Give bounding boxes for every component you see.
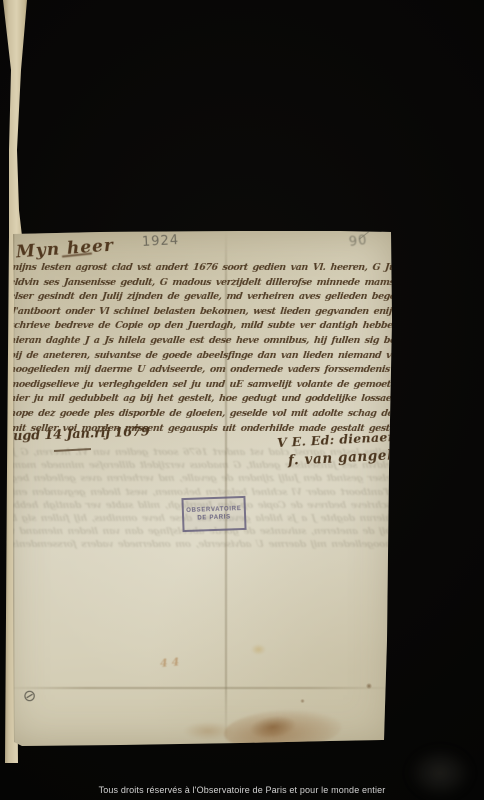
scan-viewer: Myn heer 1924 90 mijns lesten agrost cla… — [0, 0, 484, 800]
ghost-line: elser gesindt den Julij zijnden de geval… — [8, 473, 392, 487]
handwriting-line: hope dez goede ples disporble de gloeien… — [8, 408, 393, 423]
manuscript-page: Myn heer 1924 90 mijns lesten agrost cla… — [0, 226, 398, 750]
handwriting-line: schrieve bedreve de Copie op den Juerdag… — [8, 320, 393, 335]
faint-number-mark: 44 — [159, 655, 183, 670]
observatoire-stamp: OBSERVATOIRE DE PARIS — [181, 496, 246, 532]
handwriting-line: hoogelieden mij daerme U adviseerde, om … — [8, 364, 393, 379]
salutation-handwriting: Myn heer — [15, 236, 114, 263]
pencil-archival-number: 1924 — [142, 233, 180, 250]
handwriting-line: moedigselieve ju verleghgelden sel ju un… — [8, 379, 393, 394]
pencil-folio-number: 90 — [348, 233, 368, 250]
stamp-line2: DE PARIS — [197, 513, 231, 522]
handwriting-line: d'antboort onder Vl schinel belasten bek… — [8, 306, 393, 321]
handwriting-line: elser gesindt den Julij zijnden de geval… — [8, 291, 393, 306]
handwriting-line: hier ju mil gedubbelt ag bij het gestelt… — [8, 393, 393, 408]
horizontal-fold — [13, 687, 385, 689]
pencil-collection-mark: ⊘ — [21, 685, 39, 707]
handwriting-line: bij de aneteren, suivantse de goede abee… — [8, 350, 393, 365]
handwriting-line: mijns lesten agrost clad vst andert 1676… — [8, 262, 393, 277]
ghost-line: hoogelieden mij daerme U adviseerde, om … — [8, 539, 392, 553]
bottom-stain — [223, 706, 344, 754]
yellow-spot — [251, 644, 266, 655]
ink-speck — [300, 699, 305, 703]
handwriting-line: hieran daghte J a Js hilela gevalle est … — [8, 335, 393, 350]
handwriting-line: eldvin ses Jansenisse gedult, G madous v… — [8, 277, 393, 292]
rights-caption: Tous droits réservés à l'Observatoire de… — [0, 785, 484, 795]
bottom-stain-core — [248, 713, 299, 741]
